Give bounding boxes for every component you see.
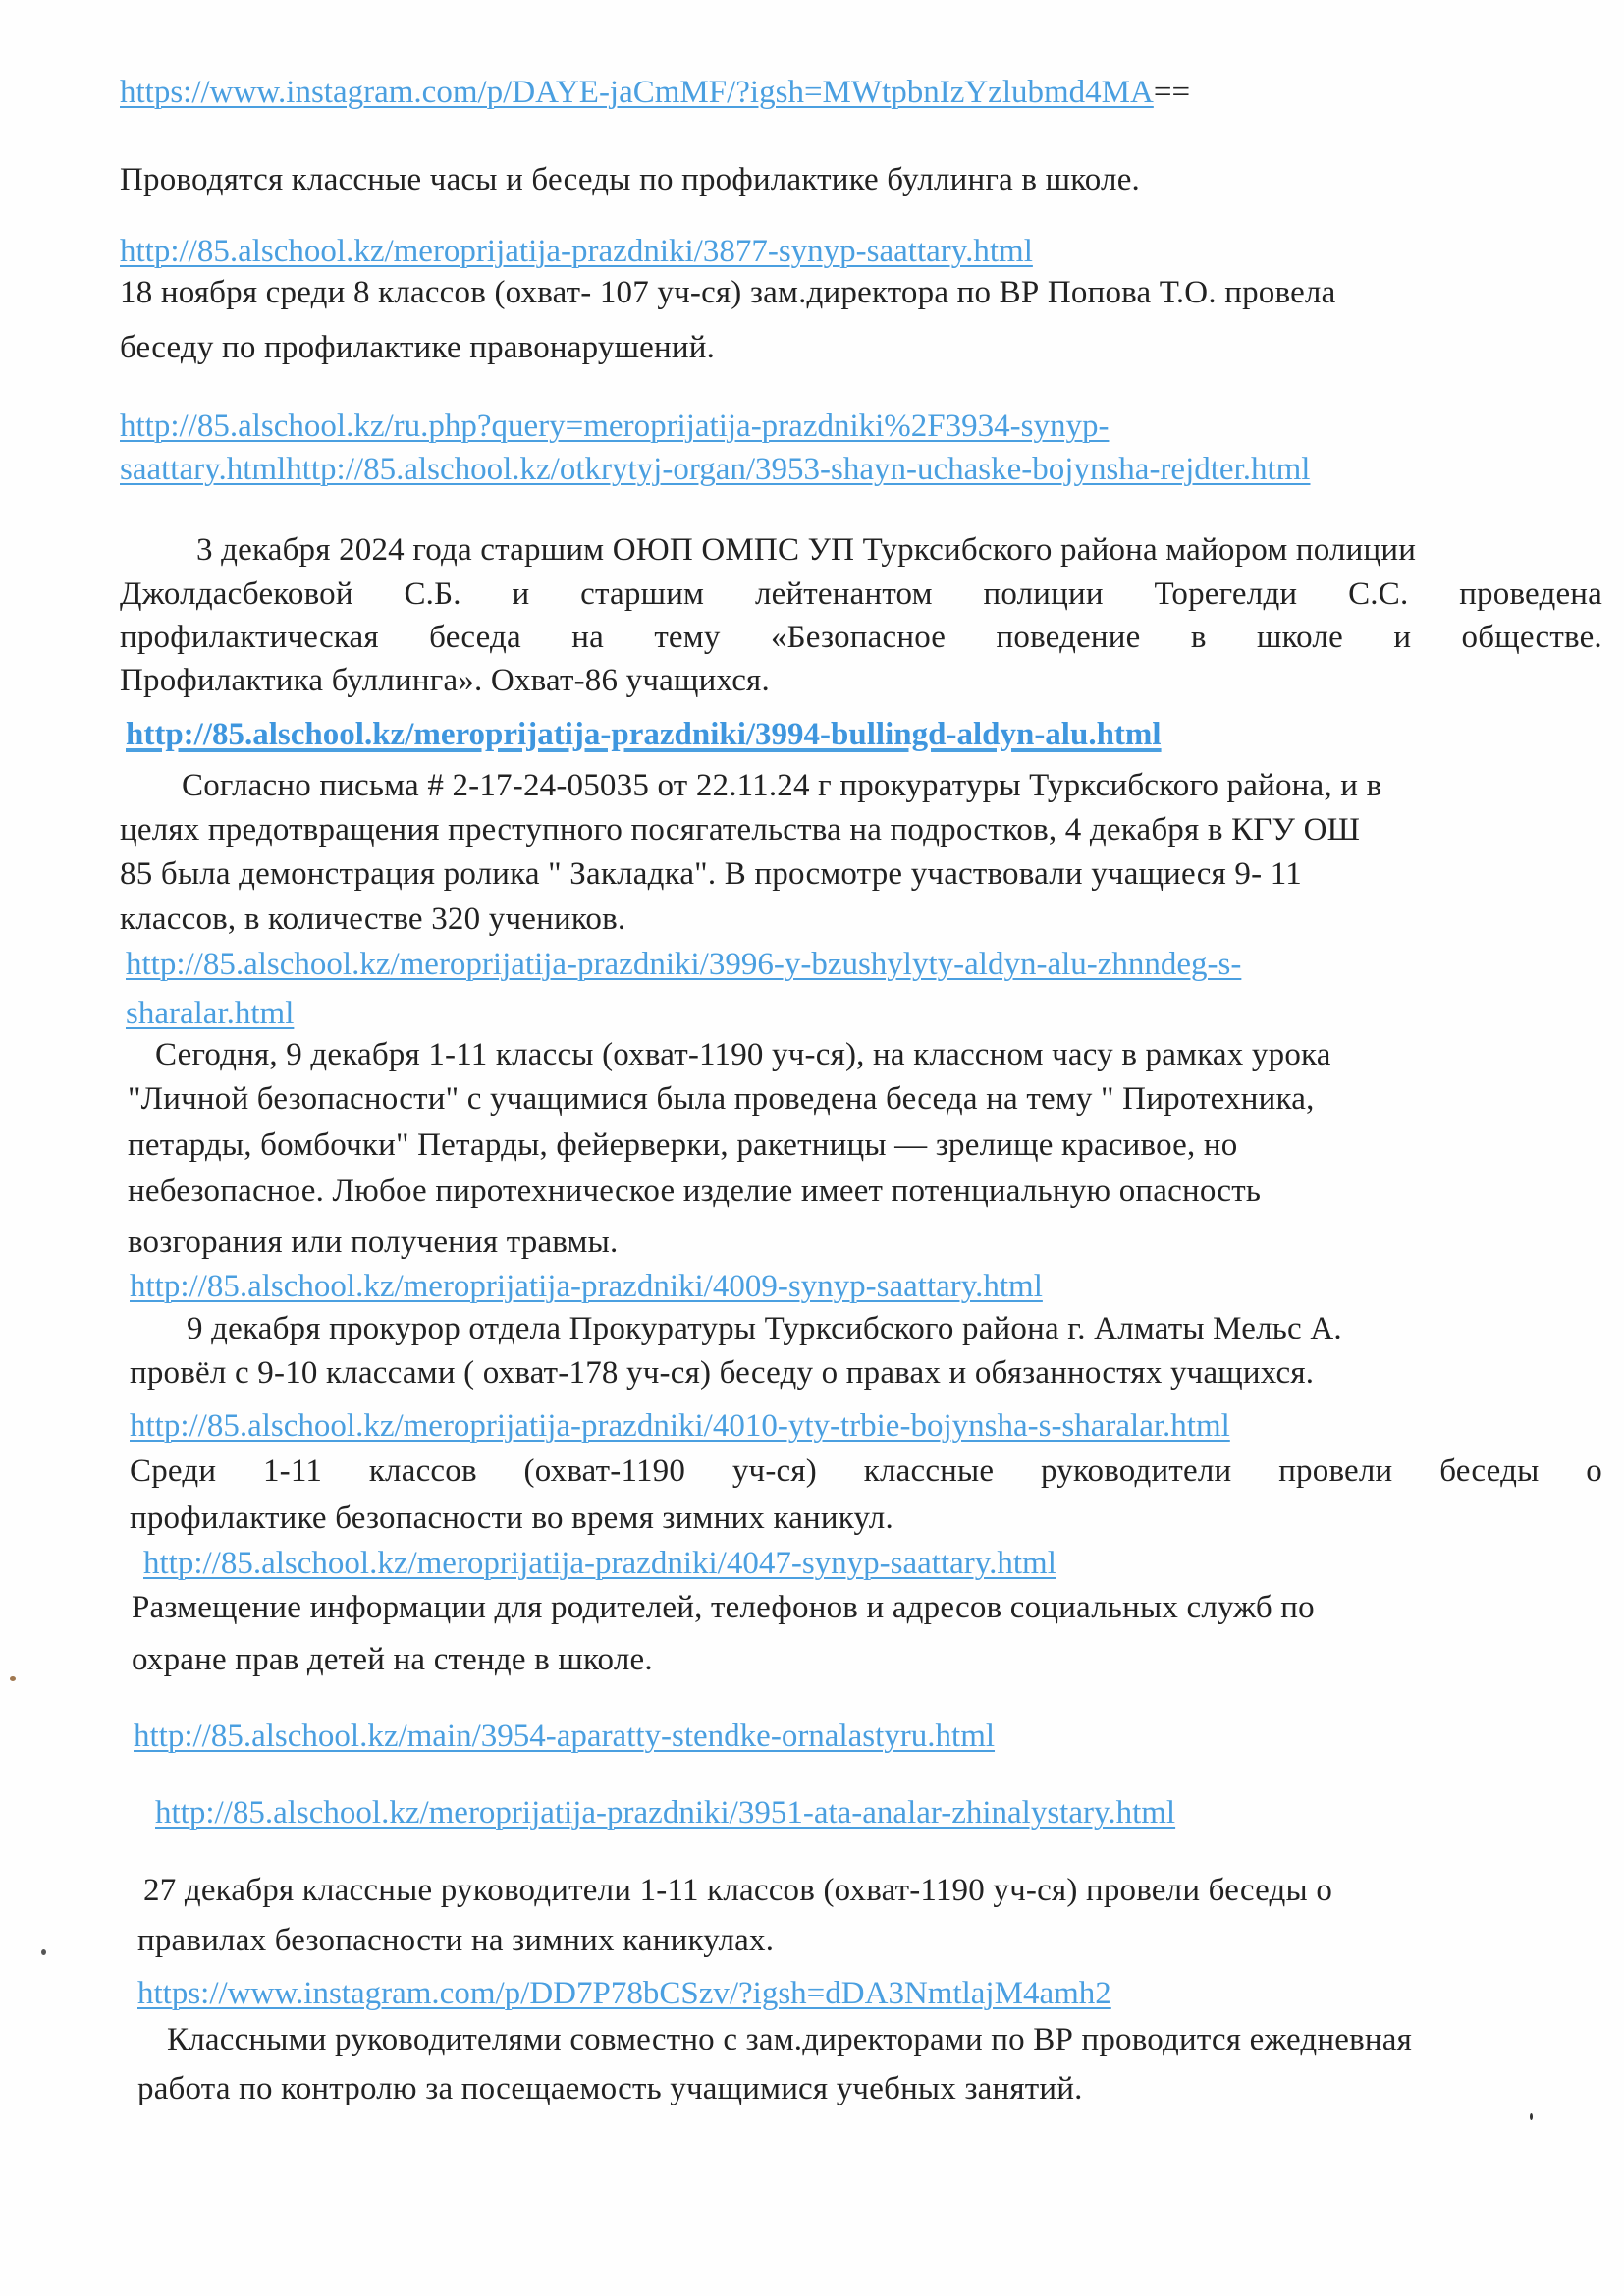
paragraph-letter-line1: Согласно письма # 2-17-24-05035 от 22.11… [182,766,1381,805]
link-line: http://85.alschool.kz/meroprijatija-praz… [143,1544,1056,1583]
school-link-3951[interactable]: http://85.alschool.kz/meroprijatija-praz… [155,1795,1175,1831]
link-line: saattary.htmlhttp://85.alschool.kz/otkry… [120,450,1310,489]
paragraph-prosecutor-line1: 9 декабря прокурор отдела Прокуратуры Ту… [187,1309,1342,1348]
link-line: http://85.alschool.kz/meroprijatija-praz… [126,715,1162,754]
school-link-4047[interactable]: http://85.alschool.kz/meroprijatija-praz… [143,1546,1056,1581]
paragraph-dec9-line4: небезопасное. Любое пиротехническое изде… [128,1172,1261,1211]
paragraph-prosecutor-line2: провёл с 9-10 классами ( охват-178 уч-ся… [130,1353,1314,1393]
scanned-document-page: https://www.instagram.com/p/DAYE-jaCmMF/… [0,0,1624,2296]
paragraph-stand-line2: охране прав детей на стенде в школе. [132,1640,653,1679]
instagram-link-line: https://www.instagram.com/p/DAYE-jaCmMF/… [120,73,1190,112]
school-link-4010[interactable]: http://85.alschool.kz/meroprijatija-praz… [130,1408,1230,1444]
scan-speck [41,1949,46,1955]
paragraph-stand-line1: Размещение информации для родителей, тел… [132,1588,1315,1627]
paragraph-dec3-line3: профилактическаябеседанатему«Безопасноеп… [120,618,1602,657]
paragraph-dec9-line5: возгорания или получения травмы. [128,1223,618,1262]
paragraph-winter-line2: профилактике безопасности во время зимни… [130,1499,893,1538]
school-link-4009[interactable]: http://85.alschool.kz/meroprijatija-praz… [130,1269,1043,1304]
paragraph-attendance-line1: Классными руководителями совместно с зам… [167,2020,1412,2059]
link-line: http://85.alschool.kz/meroprijatija-praz… [130,1406,1230,1446]
paragraph-bullying-prevention: Проводятся классные часы и беседы по про… [120,160,1140,199]
link-line: https://www.instagram.com/p/DD7P78bCSzv/… [137,1974,1111,2013]
school-link-3953[interactable]: saattary.htmlhttp://85.alschool.kz/otkry… [120,452,1310,487]
link-line: sharalar.html [126,994,294,1033]
school-link-3994-bold[interactable]: http://85.alschool.kz/meroprijatija-praz… [126,717,1162,752]
paragraph-attendance-line2: работа по контролю за посещаемость учащи… [137,2069,1083,2108]
link-suffix: == [1154,75,1190,110]
scan-speck [1530,2113,1533,2120]
paragraph-dec27-line2: правилах безопасности на зимних каникула… [137,1921,774,1960]
link-line: http://85.alschool.kz/meroprijatija-praz… [126,945,1241,984]
paragraph-letter-line2: целях предотвращения преступного посягат… [120,810,1360,849]
link-line: http://85.alschool.kz/meroprijatija-praz… [155,1793,1175,1832]
paragraph-dec3-line1: 3 декабря 2024 года старшим ОЮП ОМПС УП … [196,530,1416,570]
paragraph-dec9-line3: петарды, бомбочки" Петарды, фейерверки, … [128,1125,1238,1165]
paragraph-nov18-line2: беседу по профилактике правонарушений. [120,328,715,367]
link-line: http://85.alschool.kz/meroprijatija-praz… [120,232,1033,271]
school-link-3996[interactable]: http://85.alschool.kz/meroprijatija-praz… [126,947,1241,982]
school-link-3877[interactable]: http://85.alschool.kz/meroprijatija-praz… [120,234,1033,269]
paragraph-dec3-line2: ДжолдасбековойС.Б.истаршимлейтенантомпол… [120,574,1602,614]
school-link-3954[interactable]: http://85.alschool.kz/main/3954-aparatty… [134,1719,995,1754]
link-line: http://85.alschool.kz/ru.php?query=merop… [120,407,1109,446]
instagram-link-1[interactable]: https://www.instagram.com/p/DAYE-jaCmMF/… [120,75,1154,110]
school-link-3934[interactable]: http://85.alschool.kz/ru.php?query=merop… [120,409,1109,444]
paragraph-dec9-line1: Сегодня, 9 декабря 1-11 классы (охват-11… [155,1035,1331,1074]
school-link-3996-cont[interactable]: sharalar.html [126,996,294,1031]
paragraph-letter-line4: классов, в количестве 320 учеников. [120,900,625,939]
instagram-link-2[interactable]: https://www.instagram.com/p/DD7P78bCSzv/… [137,1976,1111,2011]
paragraph-dec3-line4: Профилактика буллинга». Охват-86 учащихс… [120,661,770,700]
paragraph-winter-line1: Среди1-11классов(охват-1190уч-ся)классны… [130,1451,1602,1491]
paragraph-dec9-line2: "Личной безопасности" с учащимися была п… [128,1079,1315,1119]
link-line: http://85.alschool.kz/main/3954-aparatty… [134,1717,995,1756]
paragraph-dec27-line1: 27 декабря классные руководители 1-11 кл… [143,1871,1332,1910]
scan-speck [10,1676,16,1681]
paragraph-nov18-line1: 18 ноября среди 8 классов (охват- 107 уч… [120,273,1335,312]
paragraph-letter-line3: 85 была демонстрация ролика " Закладка".… [120,854,1302,894]
link-line: http://85.alschool.kz/meroprijatija-praz… [130,1267,1043,1306]
